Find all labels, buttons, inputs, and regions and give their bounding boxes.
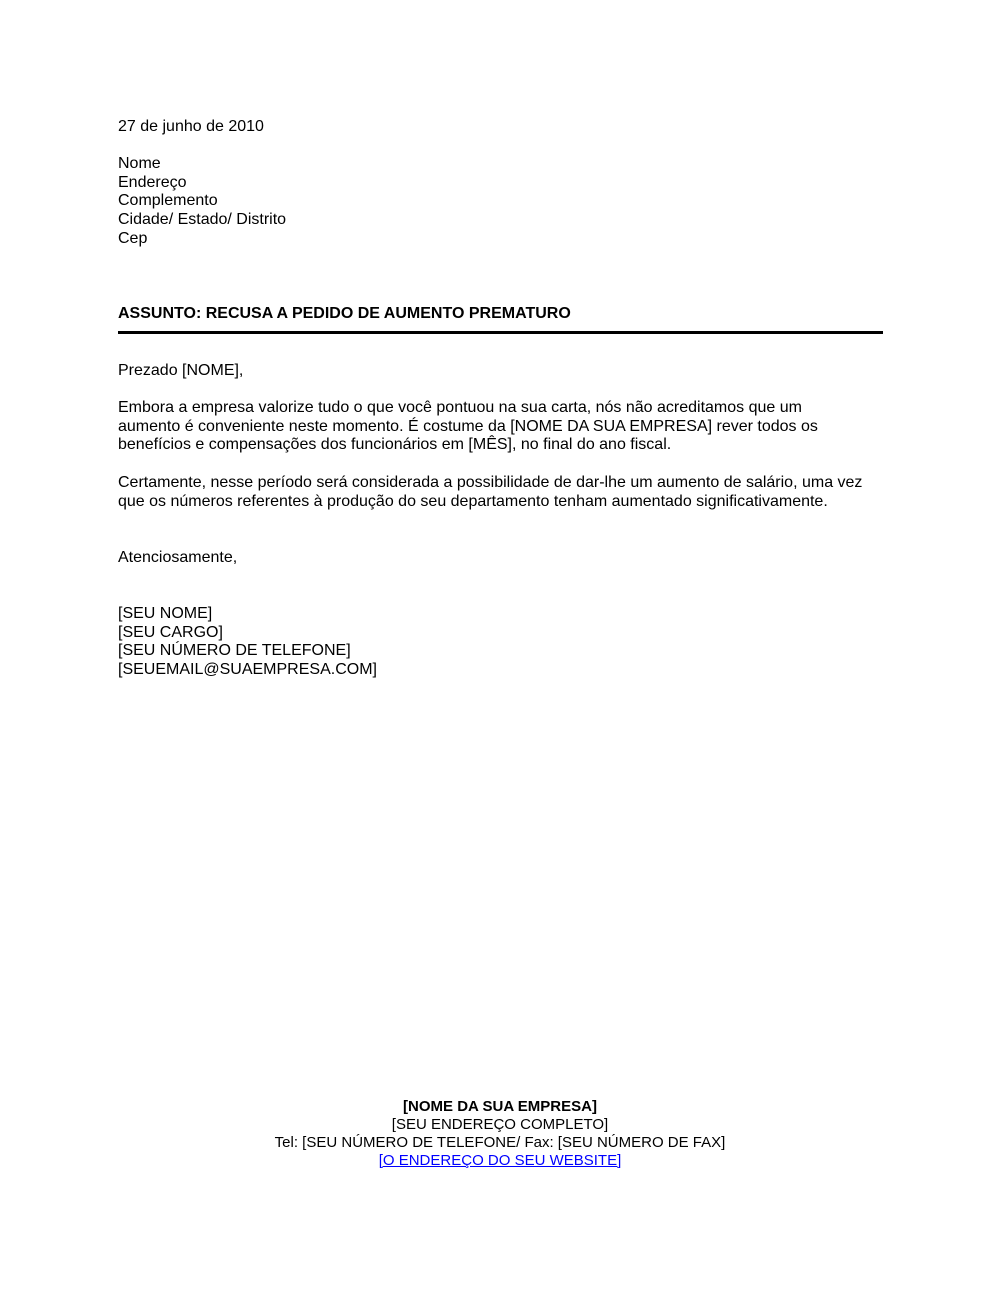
- subject-divider: [118, 331, 883, 334]
- recipient-city-state-district: Cidade/ Estado/ Distrito: [118, 211, 883, 230]
- recipient-name: Nome: [118, 155, 883, 174]
- recipient-zip: Cep: [118, 230, 883, 249]
- signature-email: [SEUEMAIL@SUAEMPRESA.COM]: [118, 661, 883, 680]
- body-paragraph-1: Embora a empresa valorize tudo o que voc…: [118, 399, 883, 455]
- signature-title: [SEU CARGO]: [118, 624, 883, 643]
- footer-address: [SEU ENDEREÇO COMPLETO]: [0, 1116, 1000, 1134]
- company-footer: [NOME DA SUA EMPRESA] [SEU ENDEREÇO COMP…: [0, 1098, 1000, 1170]
- salutation: Prezado [NOME],: [118, 362, 883, 381]
- closing-text: Atenciosamente,: [118, 549, 883, 568]
- salutation-text: Prezado [NOME],: [118, 362, 883, 381]
- paragraph-line: Embora a empresa valorize tudo o que voc…: [118, 399, 883, 418]
- date-text: 27 de junho de 2010: [118, 118, 883, 137]
- body-paragraph-2: Certamente, nesse período será considera…: [118, 474, 883, 511]
- subject-text: ASSUNTO: RECUSA A PEDIDO DE AUMENTO PREM…: [118, 305, 883, 324]
- letter-page: 27 de junho de 2010 Nome Endereço Comple…: [0, 0, 1000, 1290]
- paragraph-line: que os números referentes à produção do …: [118, 493, 883, 512]
- paragraph-line: aumento é conveniente neste momento. É c…: [118, 418, 883, 437]
- signature-phone: [SEU NÚMERO DE TELEFONE]: [118, 642, 883, 661]
- footer-contact: Tel: [SEU NÚMERO DE TELEFONE/ Fax: [SEU …: [0, 1134, 1000, 1152]
- recipient-address: Endereço: [118, 174, 883, 193]
- signature-name: [SEU NOME]: [118, 605, 883, 624]
- signature-block: [SEU NOME] [SEU CARGO] [SEU NÚMERO DE TE…: [118, 605, 883, 680]
- subject-heading: ASSUNTO: RECUSA A PEDIDO DE AUMENTO PREM…: [118, 305, 883, 324]
- footer-company-name: [NOME DA SUA EMPRESA]: [0, 1098, 1000, 1116]
- footer-website-link[interactable]: [O ENDEREÇO DO SEU WEBSITE]: [379, 1152, 622, 1169]
- recipient-complement: Complemento: [118, 192, 883, 211]
- recipient-address-block: Nome Endereço Complemento Cidade/ Estado…: [118, 155, 883, 249]
- letter-date: 27 de junho de 2010: [118, 118, 883, 137]
- paragraph-line: Certamente, nesse período será considera…: [118, 474, 883, 493]
- closing: Atenciosamente,: [118, 549, 883, 568]
- paragraph-line: benefícios e compensações dos funcionári…: [118, 436, 883, 455]
